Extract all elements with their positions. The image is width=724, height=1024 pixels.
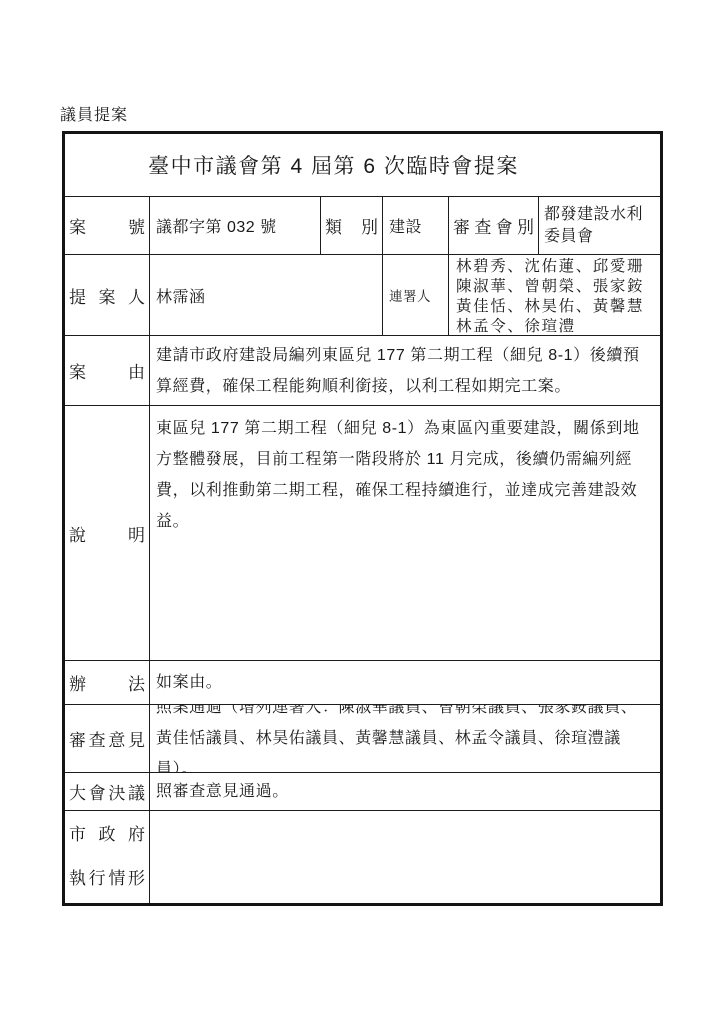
proposer-label-text: 提案人 [69,283,145,308]
proposer-value: 林霈涵 [150,255,383,336]
method-label: 辦法 [65,661,150,705]
city-execution-value [150,811,660,903]
category-label: 類別 [321,197,383,255]
review-opinion-label-text: 審查意見 [69,726,145,751]
description-value: 東區兒 177 第二期工程（細兒 8-1）為東區內重要建設，關係到地方整體發展，… [150,406,660,661]
committee-label-text: 審查會別 [453,213,534,238]
city-execution-label-lines: 市政府 執行情形 [69,813,145,901]
cosigners-list: 林碧秀、沈佑蓮、邱愛珊 陳淑華、曾朝榮、張家銨 黃佳恬、林昊佑、黃馨慧 林孟令、… [449,255,660,336]
cosigner-line: 林碧秀、沈佑蓮、邱愛珊 [456,257,656,277]
subject-value: 建請市政府建設局編列東區兒 177 第二期工程（細兒 8-1）後續預算經費，確保… [150,336,660,406]
proposer-label: 提案人 [65,255,150,336]
document-page: 議員提案 臺中市議會第 4 屆第 6 次臨時會提案 案號 議都字第 032 號 … [0,0,724,1024]
subject-label-text: 案由 [69,358,145,383]
assembly-resolution-label-text: 大會決議 [69,779,145,804]
document-type-heading: 議員提案 [60,106,128,126]
assembly-resolution-value: 照審查意見通過。 [150,773,660,811]
method-value: 如案由。 [150,661,660,705]
cosigner-line: 林孟令、徐瑄澧 [456,317,656,336]
city-execution-label-line1: 市政府 [69,813,145,857]
committee-value: 都發建設水利委員會 [539,197,660,255]
proposal-table: 臺中市議會第 4 屆第 6 次臨時會提案 案號 議都字第 032 號 類別 建設… [62,131,663,906]
category-value: 建設 [383,197,449,255]
committee-label: 審查會別 [449,197,539,255]
cosigner-line: 黃佳恬、林昊佑、黃馨慧 [456,297,656,317]
assembly-resolution-label: 大會決議 [65,773,150,811]
proposal-title: 臺中市議會第 4 屆第 6 次臨時會提案 [65,134,660,197]
case-number-label-text: 案號 [69,213,145,238]
review-opinion-value: 照案通過（增列連署人：陳淑華議員、曾朝榮議員、張家銨議員、黃佳恬議員、林昊佑議員… [150,705,660,773]
subject-label: 案由 [65,336,150,406]
description-label-text: 說明 [69,521,145,546]
case-number-value: 議都字第 032 號 [150,197,321,255]
case-number-label: 案號 [65,197,150,255]
city-execution-label: 市政府 執行情形 [65,811,150,903]
review-opinion-label: 審查意見 [65,705,150,773]
category-label-text: 類別 [325,213,378,238]
cosigners-label: 連署人 [383,255,449,336]
description-label: 說明 [65,406,150,661]
method-label-text: 辦法 [69,670,145,695]
cosigner-line: 陳淑華、曾朝榮、張家銨 [456,277,656,297]
city-execution-label-line2: 執行情形 [69,857,145,901]
